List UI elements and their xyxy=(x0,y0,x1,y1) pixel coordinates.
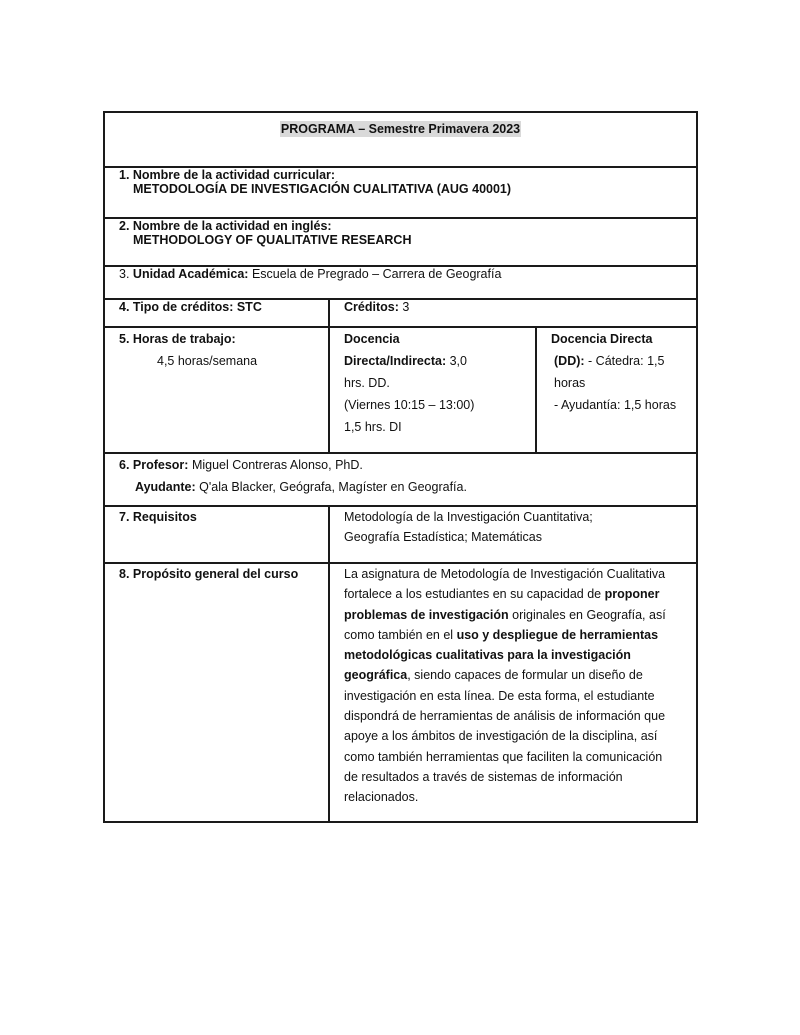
program-table: PROGRAMA – Semestre Primavera 2023 1. No… xyxy=(103,111,698,823)
directa-line2: horas xyxy=(551,372,688,394)
docencia-di-value: 3,0 xyxy=(450,354,467,368)
docencia-cell: Docencia Directa/Indirecta: 3,0 hrs. DD.… xyxy=(329,327,536,453)
work-hours-value: 4,5 horas/semana xyxy=(119,350,320,372)
header-cell: PROGRAMA – Semestre Primavera 2023 xyxy=(104,112,697,167)
program-title: PROGRAMA – Semestre Primavera 2023 xyxy=(280,121,521,137)
docencia-di-label: Directa/Indirecta: xyxy=(344,354,446,368)
purpose-label: 8. Propósito general del curso xyxy=(119,567,298,581)
docencia-directa-cell: Docencia Directa (DD): - Cátedra: 1,5 ho… xyxy=(536,327,697,453)
requirements-line1: Metodología de la Investigación Cuantita… xyxy=(344,507,688,527)
academic-unit-number: 3. xyxy=(119,267,129,281)
credits-label: Créditos: xyxy=(344,300,399,314)
row-activity-name: 1. Nombre de la actividad curricular: ME… xyxy=(104,167,697,218)
row-work-hours: 5. Horas de trabajo: 4,5 horas/semana Do… xyxy=(104,327,697,453)
docencia-schedule: (Viernes 10:15 – 13:00) xyxy=(344,394,527,416)
credit-type-label: 4. Tipo de créditos: STC xyxy=(119,300,262,314)
header-row: PROGRAMA – Semestre Primavera 2023 xyxy=(104,112,697,167)
purpose-text: La asignatura de Metodología de Investig… xyxy=(344,564,672,808)
row-requirements: 7. Requisitos Metodología de la Investig… xyxy=(104,506,697,563)
docencia-line2: hrs. DD. xyxy=(344,372,527,394)
directa-dd-value: - Cátedra: 1,5 xyxy=(588,354,664,368)
document-page: PROGRAMA – Semestre Primavera 2023 1. No… xyxy=(0,0,800,1035)
english-name-label: 2. Nombre de la actividad en inglés: xyxy=(119,219,332,233)
academic-unit-label: Unidad Académica: xyxy=(133,267,249,281)
directa-title: Docencia Directa xyxy=(551,328,688,350)
directa-line3: - Ayudantía: 1,5 horas xyxy=(551,394,688,416)
row-english-name: 2. Nombre de la actividad en inglés: MET… xyxy=(104,218,697,266)
professor-label: 6. Profesor: xyxy=(119,458,188,472)
row-academic-unit: 3. Unidad Académica: Escuela de Pregrado… xyxy=(104,266,697,299)
row-professor: 6. Profesor: Miguel Contreras Alonso, Ph… xyxy=(104,453,697,506)
activity-name-value: METODOLOGÍA DE INVESTIGACIÓN CUALITATIVA… xyxy=(119,182,688,196)
assistant-value: Q'ala Blacker, Geógrafa, Magíster en Geo… xyxy=(199,480,467,494)
english-name-value: METHODOLOGY OF QUALITATIVE RESEARCH xyxy=(119,233,688,247)
credits-value: 3 xyxy=(402,300,409,314)
purpose-run: , siendo capaces de formular un diseño d… xyxy=(344,668,665,804)
row-purpose: 8. Propósito general del curso La asigna… xyxy=(104,563,697,822)
professor-value: Miguel Contreras Alonso, PhD. xyxy=(192,458,363,472)
activity-name-label: 1. Nombre de la actividad curricular: xyxy=(119,168,335,182)
requirements-label: 7. Requisitos xyxy=(119,510,197,524)
directa-dd-label: (DD): xyxy=(554,354,585,368)
docencia-line4: 1,5 hrs. DI xyxy=(344,416,527,438)
docencia-title: Docencia xyxy=(344,328,527,350)
academic-unit-value: Escuela de Pregrado – Carrera de Geograf… xyxy=(252,267,501,281)
assistant-label: Ayudante: xyxy=(135,480,196,494)
row-credits: 4. Tipo de créditos: STC Créditos: 3 xyxy=(104,299,697,327)
work-hours-label: 5. Horas de trabajo: xyxy=(119,332,236,346)
requirements-line2: Geografía Estadística; Matemáticas xyxy=(344,527,688,547)
